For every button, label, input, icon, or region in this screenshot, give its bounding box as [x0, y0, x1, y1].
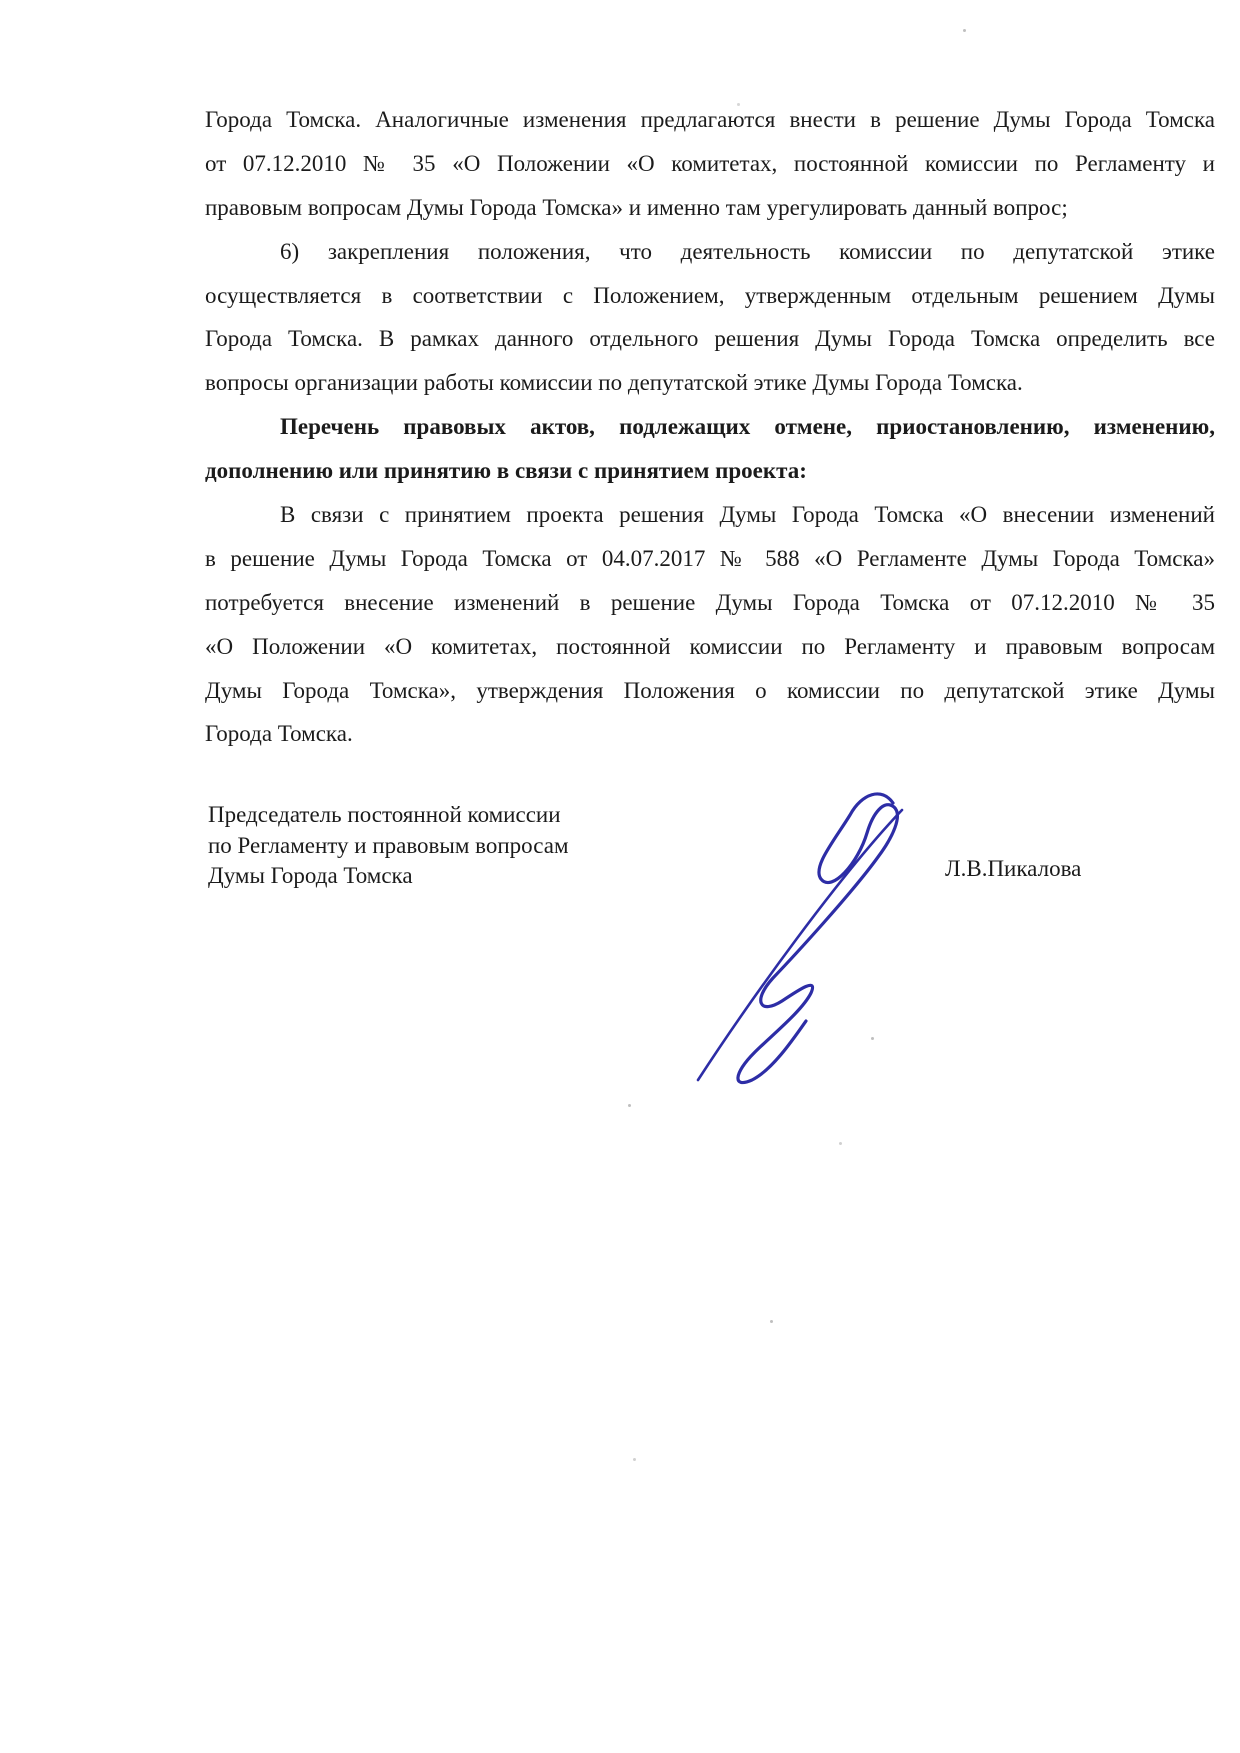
signature-block: Председатель постоянной комиссии по Регл…	[208, 800, 688, 892]
scan-speck	[770, 1320, 773, 1323]
text-line: осуществляется в соответствии с Положени…	[205, 274, 1215, 318]
scan-speck	[737, 103, 740, 106]
text-line: Города Томска. Аналогичные изменения пре…	[205, 98, 1215, 142]
text-line: В связи с принятием проекта решения Думы…	[205, 493, 1215, 537]
text-line: «О Положении «О комитетах, постоянной ко…	[205, 625, 1215, 669]
signer-title-line: по Регламенту и правовым вопросам	[208, 831, 688, 862]
text-line: в решение Думы Города Томска от 04.07.20…	[205, 537, 1215, 581]
handwritten-signature-ink	[660, 775, 940, 1105]
signer-name: Л.В.Пикалова	[945, 854, 1081, 884]
scan-speck	[963, 29, 966, 32]
text-line: Перечень правовых актов, подлежащих отме…	[205, 405, 1215, 449]
text-line: дополнению или принятию в связи с принят…	[205, 449, 1215, 493]
scan-speck	[628, 1104, 631, 1107]
paragraph: Города Томска. Аналогичные изменения пре…	[205, 98, 1215, 230]
text-line: Города Томска.	[205, 712, 1215, 756]
text-line: вопросы организации работы комиссии по д…	[205, 361, 1215, 405]
scan-speck	[633, 1458, 636, 1461]
paragraph: В связи с принятием проекта решения Думы…	[205, 493, 1215, 756]
paragraph: 6) закрепления положения, что деятельнос…	[205, 230, 1215, 406]
document-body: Города Томска. Аналогичные изменения пре…	[205, 98, 1215, 756]
text-line: от 07.12.2010 № 35 «О Положении «О комит…	[205, 142, 1215, 186]
scan-speck	[871, 1037, 874, 1040]
signer-title-line: Думы Города Томска	[208, 861, 688, 892]
text-line: потребуется внесение изменений в решение…	[205, 581, 1215, 625]
scan-speck	[839, 1142, 842, 1145]
text-line: Города Томска. В рамках данного отдельно…	[205, 317, 1215, 361]
text-line: 6) закрепления положения, что деятельнос…	[205, 230, 1215, 274]
text-line: Думы Города Томска», утверждения Положен…	[205, 669, 1215, 713]
signer-title-line: Председатель постоянной комиссии	[208, 800, 688, 831]
text-line: правовым вопросам Думы Города Томска» и …	[205, 186, 1215, 230]
paragraph: Перечень правовых актов, подлежащих отме…	[205, 405, 1215, 493]
scanned-document-page: Города Томска. Аналогичные изменения пре…	[0, 0, 1240, 1753]
